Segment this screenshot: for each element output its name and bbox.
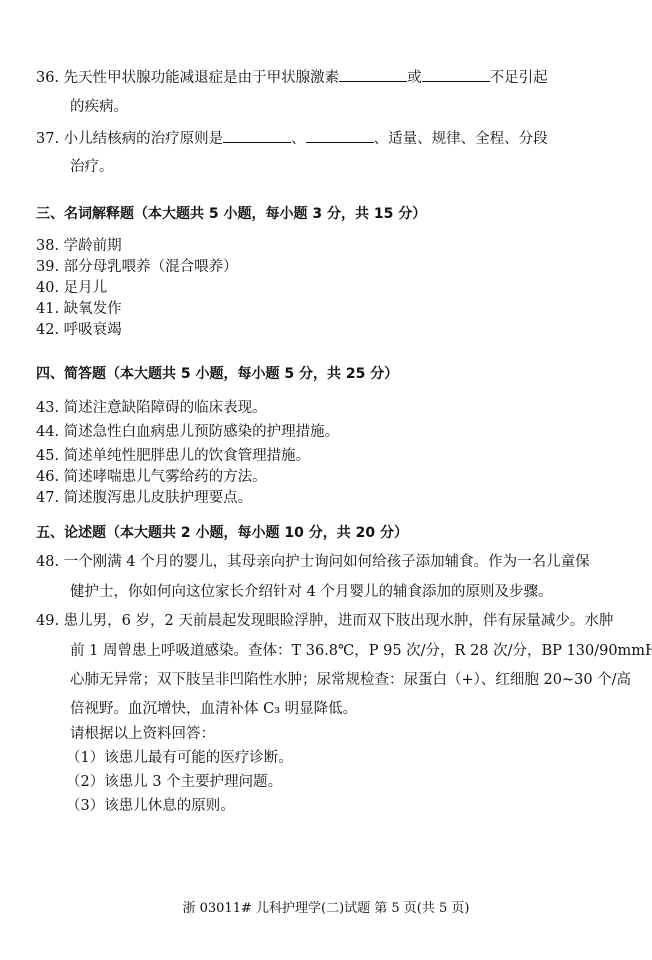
section-5-heading: 五、论述题（本大题共 2 小题，每小题 10 分，共 20 分） — [36, 524, 408, 542]
question-48-line: 健护士，你如何向这位家长介绍针对 4 个月婴儿的辅食添加的原则及步骤。 — [70, 583, 552, 601]
list-item: 43. 简述注意缺陷障碍的临床表现。 — [36, 399, 267, 417]
section-3-heading: 三、名词解释题（本大题共 5 小题，每小题 3 分，共 15 分） — [36, 205, 426, 223]
list-item: 40. 足月儿 — [36, 279, 107, 297]
blank-field[interactable] — [223, 128, 291, 143]
question-49-line: 请根据以上资料回答： — [70, 725, 215, 743]
question-48-line: 48. 一个刚满 4 个月的婴儿，其母亲向护士询问如何给孩子添加辅食。作为一名儿… — [36, 553, 590, 571]
question-49-line: 49. 患儿男，6 岁，2 天前晨起发现眼睑浮肿，进而双下肢出现水肿，伴有尿量减… — [36, 612, 613, 630]
blank-field[interactable] — [422, 67, 490, 82]
question-36-line1: 36. 先天性甲状腺功能减退症是由于甲状腺激素或不足引起 — [36, 67, 548, 87]
list-item: 39. 部分母乳喂养（混合喂养） — [36, 258, 238, 276]
question-37-line2: 治疗。 — [70, 158, 114, 176]
section-4-heading: 四、简答题（本大题共 5 小题，每小题 5 分，共 25 分） — [36, 365, 398, 383]
question-49-line: 前 1 周曾患上呼吸道感染。查体：T 36.8℃，P 95 次/分，R 28 次… — [70, 642, 652, 660]
question-49-subitem: （1）该患儿最有可能的医疗诊断。 — [66, 749, 293, 767]
list-item: 44. 简述急性白血病患儿预防感染的护理措施。 — [36, 423, 339, 441]
blank-field[interactable] — [339, 67, 407, 82]
page-footer: 浙 03011# 儿科护理学(二)试题 第 5 页(共 5 页) — [0, 897, 652, 916]
question-49-line: 心肺无异常；双下肢呈非凹陷性水肿；尿常规检查：尿蛋白（+）、红细胞 20~30 … — [70, 671, 631, 689]
list-item: 41. 缺氧发作 — [36, 300, 122, 318]
list-item: 42. 呼吸衰竭 — [36, 321, 122, 339]
question-49-line: 倍视野。血沉增快，血清补体 C₃ 明显降低。 — [70, 700, 357, 718]
question-49-subitem: （2）该患儿 3 个主要护理问题。 — [66, 773, 282, 791]
list-item: 46. 简述哮喘患儿气雾给药的方法。 — [36, 468, 267, 486]
list-item: 47. 简述腹泻患儿皮肤护理要点。 — [36, 489, 252, 507]
blank-field[interactable] — [306, 128, 374, 143]
question-49-subitem: （3）该患儿休息的原则。 — [66, 797, 235, 815]
question-37-line1: 37. 小儿结核病的治疗原则是、、适量、规律、全程、分段 — [36, 128, 548, 148]
list-item: 45. 简述单纯性肥胖患儿的饮食管理措施。 — [36, 447, 310, 465]
list-item: 38. 学龄前期 — [36, 237, 122, 255]
question-36-line2: 的疾病。 — [70, 98, 128, 116]
